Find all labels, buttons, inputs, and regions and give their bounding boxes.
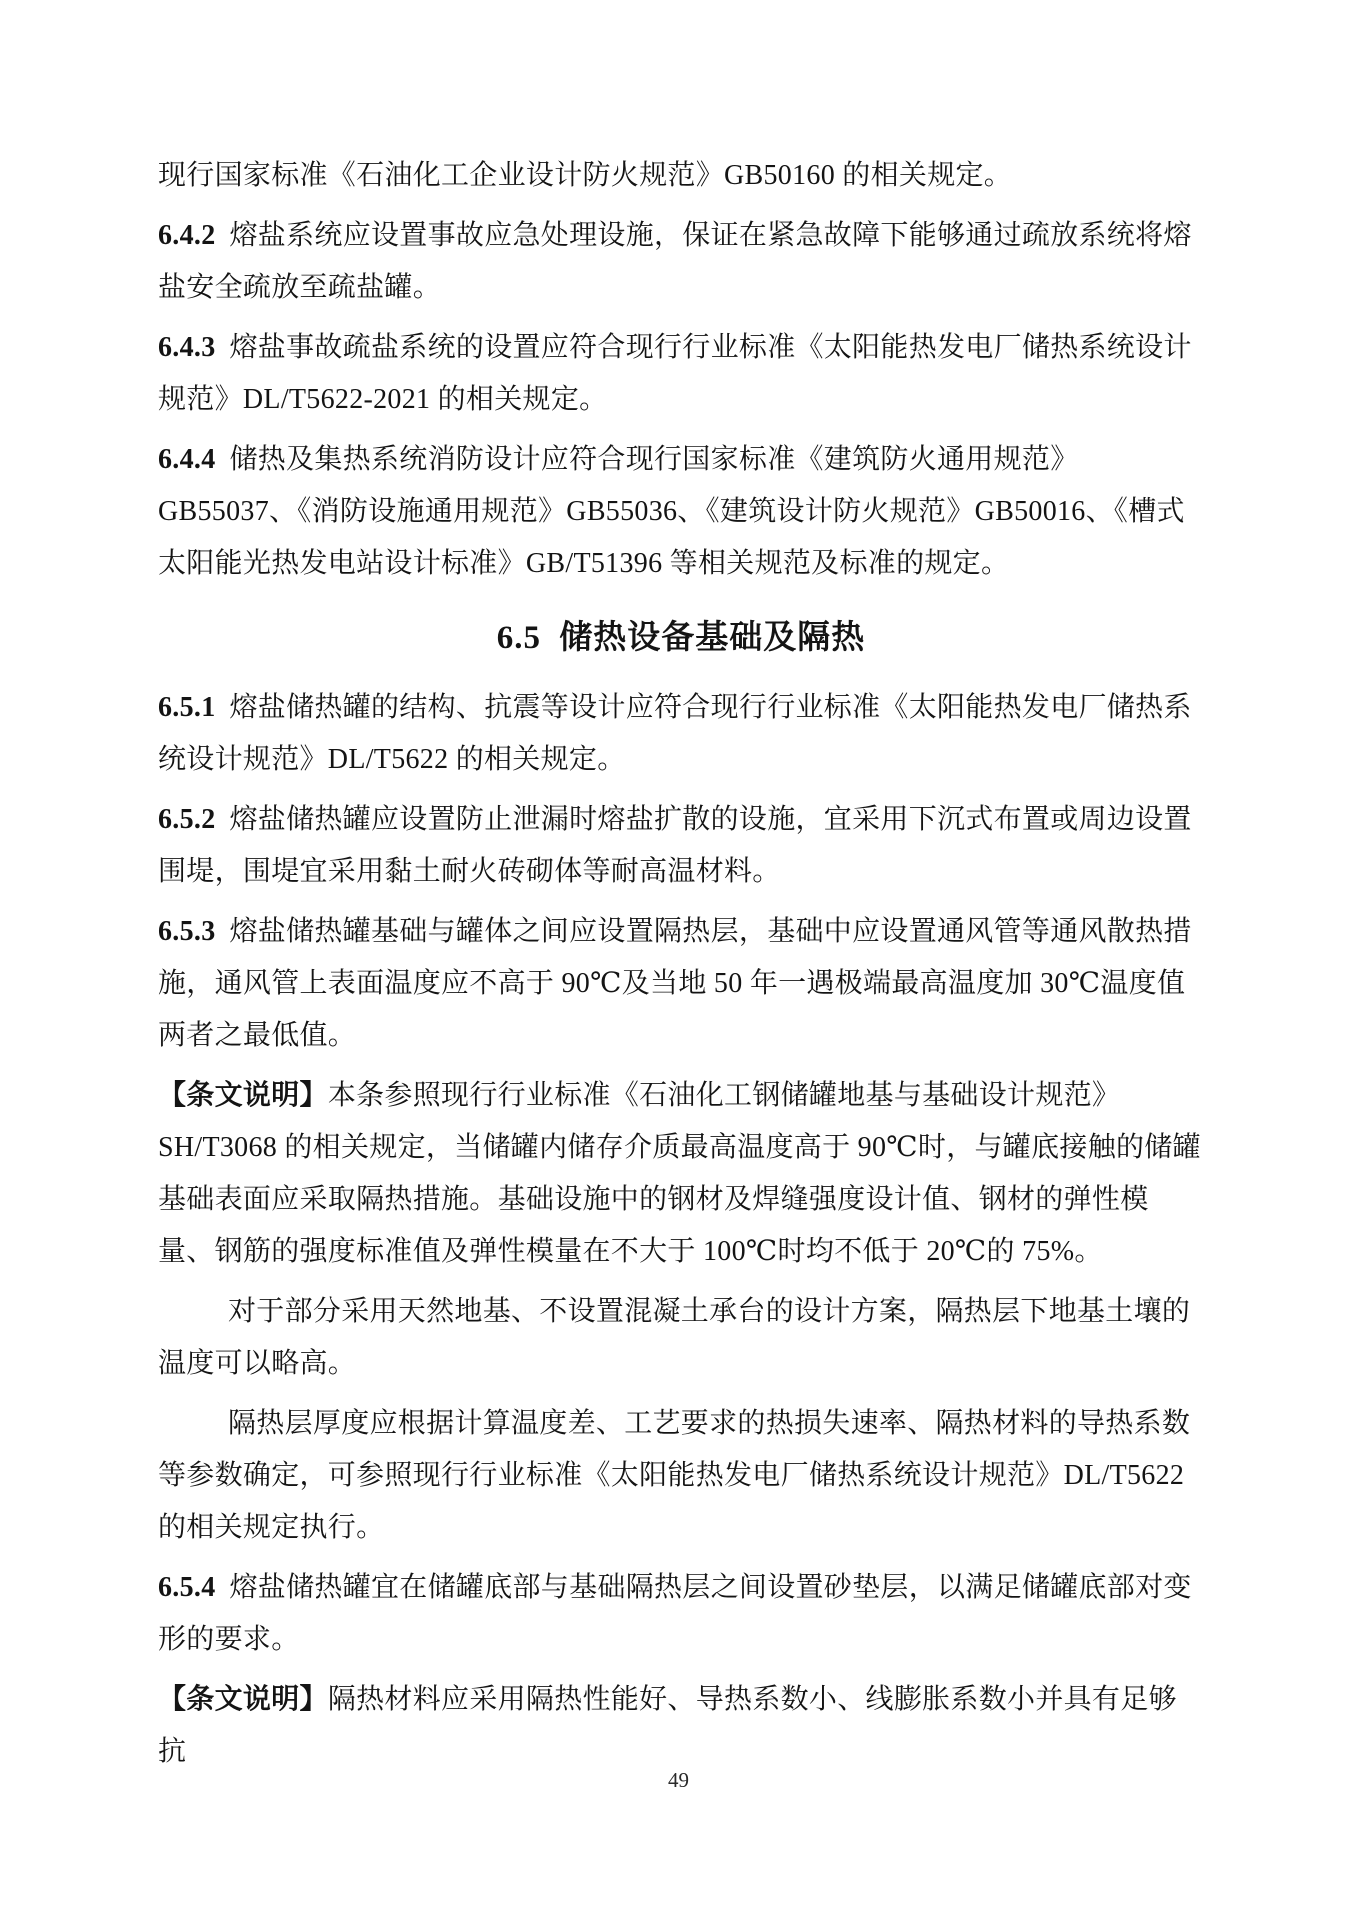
paragraph-text: 储热及集热系统消防设计应符合现行国家标准《建筑防火通用规范》GB55037、《消…: [158, 444, 1185, 579]
clause-number: 6.5.4: [158, 1572, 216, 1603]
paragraph: 6.4.2熔盐系统应设置事故应急处理设施，保证在紧急故障下能够通过疏放系统将熔盐…: [158, 210, 1204, 314]
clause-number: 6.5.3: [158, 916, 216, 947]
note-label: 【条文说明】: [158, 1080, 328, 1111]
paragraph: 对于部分采用天然地基、不设置混凝土承台的设计方案，隔热层下地基土壤的温度可以略高…: [158, 1286, 1204, 1390]
paragraph: 隔热层厚度应根据计算温度差、工艺要求的热损失速率、隔热材料的导热系数等参数确定，…: [158, 1398, 1204, 1554]
paragraph-text: 熔盐储热罐基础与罐体之间应设置隔热层，基础中应设置通风管等通风散热措施，通风管上…: [158, 916, 1192, 1051]
paragraph-text: 现行国家标准《石油化工企业设计防火规范》GB50160 的相关规定。: [158, 160, 1012, 191]
paragraph-text: 储热设备基础及隔热: [559, 620, 865, 656]
paragraph-text: 熔盐系统应设置事故应急处理设施，保证在紧急故障下能够通过疏放系统将熔盐安全疏放至…: [158, 220, 1192, 303]
clause-number: 6.4.2: [158, 220, 216, 251]
note-paragraph: 【条文说明】本条参照现行行业标准《石油化工钢储罐地基与基础设计规范》SH/T30…: [158, 1070, 1204, 1278]
paragraph: 6.4.4储热及集热系统消防设计应符合现行国家标准《建筑防火通用规范》GB550…: [158, 434, 1204, 590]
note-paragraph: 【条文说明】隔热材料应采用隔热性能好、导热系数小、线膨胀系数小并具有足够抗: [158, 1674, 1204, 1778]
paragraph-text: 熔盐储热罐应设置防止泄漏时熔盐扩散的设施，宜采用下沉式布置或周边设置围堤，围堤宜…: [158, 804, 1192, 887]
paragraph: 6.5.4熔盐储热罐宜在储罐底部与基础隔热层之间设置砂垫层，以满足储罐底部对变形…: [158, 1562, 1204, 1666]
paragraph: 6.5.3熔盐储热罐基础与罐体之间应设置隔热层，基础中应设置通风管等通风散热措施…: [158, 906, 1204, 1062]
document-page: 现行国家标准《石油化工企业设计防火规范》GB50160 的相关规定。6.4.2熔…: [0, 0, 1357, 1920]
section-heading: 6.5储热设备基础及隔热: [158, 612, 1204, 664]
document-body: 现行国家标准《石油化工企业设计防火规范》GB50160 的相关规定。6.4.2熔…: [158, 150, 1204, 1786]
clause-number: 6.5.1: [158, 692, 216, 723]
clause-number: 6.4.4: [158, 444, 216, 475]
section-number: 6.5: [497, 620, 541, 656]
page-number: 49: [0, 1768, 1357, 1793]
paragraph: 现行国家标准《石油化工企业设计防火规范》GB50160 的相关规定。: [158, 150, 1204, 202]
clause-number: 6.4.3: [158, 332, 216, 363]
clause-number: 6.5.2: [158, 804, 216, 835]
paragraph-text: 对于部分采用天然地基、不设置混凝土承台的设计方案，隔热层下地基土壤的温度可以略高…: [158, 1296, 1190, 1379]
paragraph: 6.4.3熔盐事故疏盐系统的设置应符合现行行业标准《太阳能热发电厂储热系统设计规…: [158, 322, 1204, 426]
paragraph-text: 熔盐事故疏盐系统的设置应符合现行行业标准《太阳能热发电厂储热系统设计规范》DL/…: [158, 332, 1192, 415]
paragraph: 6.5.2熔盐储热罐应设置防止泄漏时熔盐扩散的设施，宜采用下沉式布置或周边设置围…: [158, 794, 1204, 898]
paragraph-text: 熔盐储热罐的结构、抗震等设计应符合现行行业标准《太阳能热发电厂储热系统设计规范》…: [158, 692, 1192, 775]
paragraph-text: 熔盐储热罐宜在储罐底部与基础隔热层之间设置砂垫层，以满足储罐底部对变形的要求。: [158, 1572, 1192, 1655]
paragraph: 6.5.1熔盐储热罐的结构、抗震等设计应符合现行行业标准《太阳能热发电厂储热系统…: [158, 682, 1204, 786]
note-label: 【条文说明】: [158, 1684, 328, 1715]
paragraph-text: 隔热层厚度应根据计算温度差、工艺要求的热损失速率、隔热材料的导热系数等参数确定，…: [158, 1408, 1190, 1543]
